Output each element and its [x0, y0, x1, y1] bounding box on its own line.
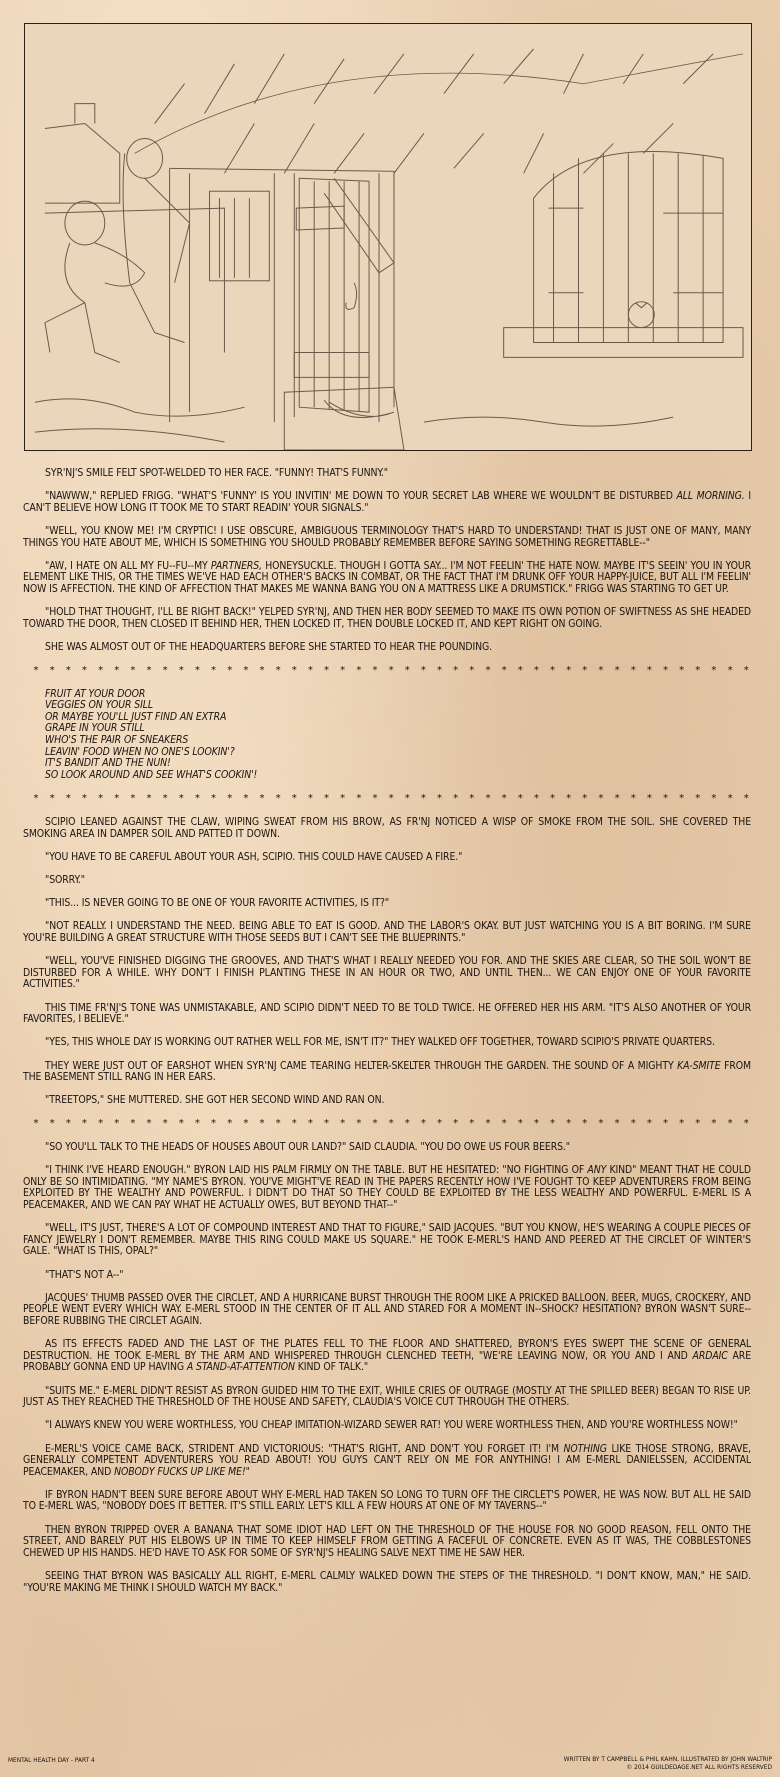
poem-line: So look around and see what's cookin'! [45, 770, 751, 782]
story-paragraph: Scipio leaned against the claw, wiping s… [23, 817, 751, 840]
story-paragraph: "Sorry." [23, 875, 751, 887]
story-paragraph: "I think I've heard enough." Byron laid … [23, 1165, 751, 1211]
story-section-2: Scipio leaned against the claw, wiping s… [23, 817, 751, 1107]
story-paragraph: "Treetops," she muttered. She got her se… [23, 1095, 751, 1107]
story-paragraph: "Well, it's just, there's a lot of compo… [23, 1223, 751, 1258]
story-paragraph: Then Byron tripped over a banana that so… [23, 1525, 751, 1560]
story-paragraph: "Well, you've finished digging the groov… [23, 956, 751, 991]
story-paragraph: "Nawww," replied Frigg. "What's 'funny' … [23, 491, 751, 514]
section-separator: * * * * * * * * * * * * * * * * * * * * … [33, 665, 751, 677]
story-paragraph: This time Fr'Nj's tone was unmistakable,… [23, 1003, 751, 1026]
story-paragraph: "Hold that thought, I'll be right back!"… [23, 607, 751, 630]
story-paragraph: "You have to be careful about your ash, … [23, 852, 751, 864]
story-paragraph: E-Merl's voice came back, strident and v… [23, 1444, 751, 1479]
village-sketch-illustration [25, 24, 751, 450]
story-paragraph: Jacques' thumb passed over the circlet, … [23, 1293, 751, 1328]
story-paragraph: "Well, you know me! I'm cryptic! I use o… [23, 526, 751, 549]
story-paragraph: "That's not a--" [23, 1270, 751, 1282]
story-paragraph: As its effects faded and the last of the… [23, 1339, 751, 1374]
story-paragraph: "I always knew you were worthless, you c… [23, 1420, 751, 1432]
poem-line: Or maybe you'll just find an extra [45, 712, 751, 724]
story-paragraph: "Suits me." E-Merl didn't resist as Byro… [23, 1386, 751, 1409]
credits-line: Written by T Campbell & Phil Kahn, illus… [564, 1755, 772, 1763]
story-section-1: Syr'Nj's smile felt spot-welded to her f… [23, 468, 751, 654]
illustration-panel [24, 23, 752, 451]
chapter-title: Mental Health Day - Part 4 [8, 1756, 95, 1764]
poem-verse: Fruit at your doorVeggies on your sillOr… [45, 689, 751, 782]
story-paragraph: If Byron hadn't been sure before about w… [23, 1490, 751, 1513]
section-separator: * * * * * * * * * * * * * * * * * * * * … [33, 793, 751, 805]
story-section-3: "So you'll talk to the heads of houses a… [23, 1142, 751, 1594]
story-text: Syr'Nj's smile felt spot-welded to her f… [23, 468, 751, 1606]
story-paragraph: "This... is never going to be one of you… [23, 898, 751, 910]
story-paragraph: She was almost out of the headquarters b… [23, 642, 751, 654]
story-paragraph: "Yes, this whole day is working out rath… [23, 1037, 751, 1049]
story-paragraph: Syr'Nj's smile felt spot-welded to her f… [23, 468, 751, 480]
credits-block: Written by T Campbell & Phil Kahn, illus… [564, 1755, 772, 1771]
copyright-line: © 2014 GuildedAge.net All Rights Reserve… [564, 1763, 772, 1771]
story-paragraph: "So you'll talk to the heads of houses a… [23, 1142, 751, 1154]
section-separator: * * * * * * * * * * * * * * * * * * * * … [33, 1118, 751, 1130]
story-paragraph: "Not really. I understand the need. Bein… [23, 921, 751, 944]
story-paragraph: Seeing that Byron was basically all righ… [23, 1571, 751, 1594]
story-paragraph: They were just out of earshot when Syr'N… [23, 1061, 751, 1084]
poem-line: Who's the pair of sneakers [45, 735, 751, 747]
story-paragraph: "Aw, I hate on all my fu--fu--my partner… [23, 561, 751, 596]
